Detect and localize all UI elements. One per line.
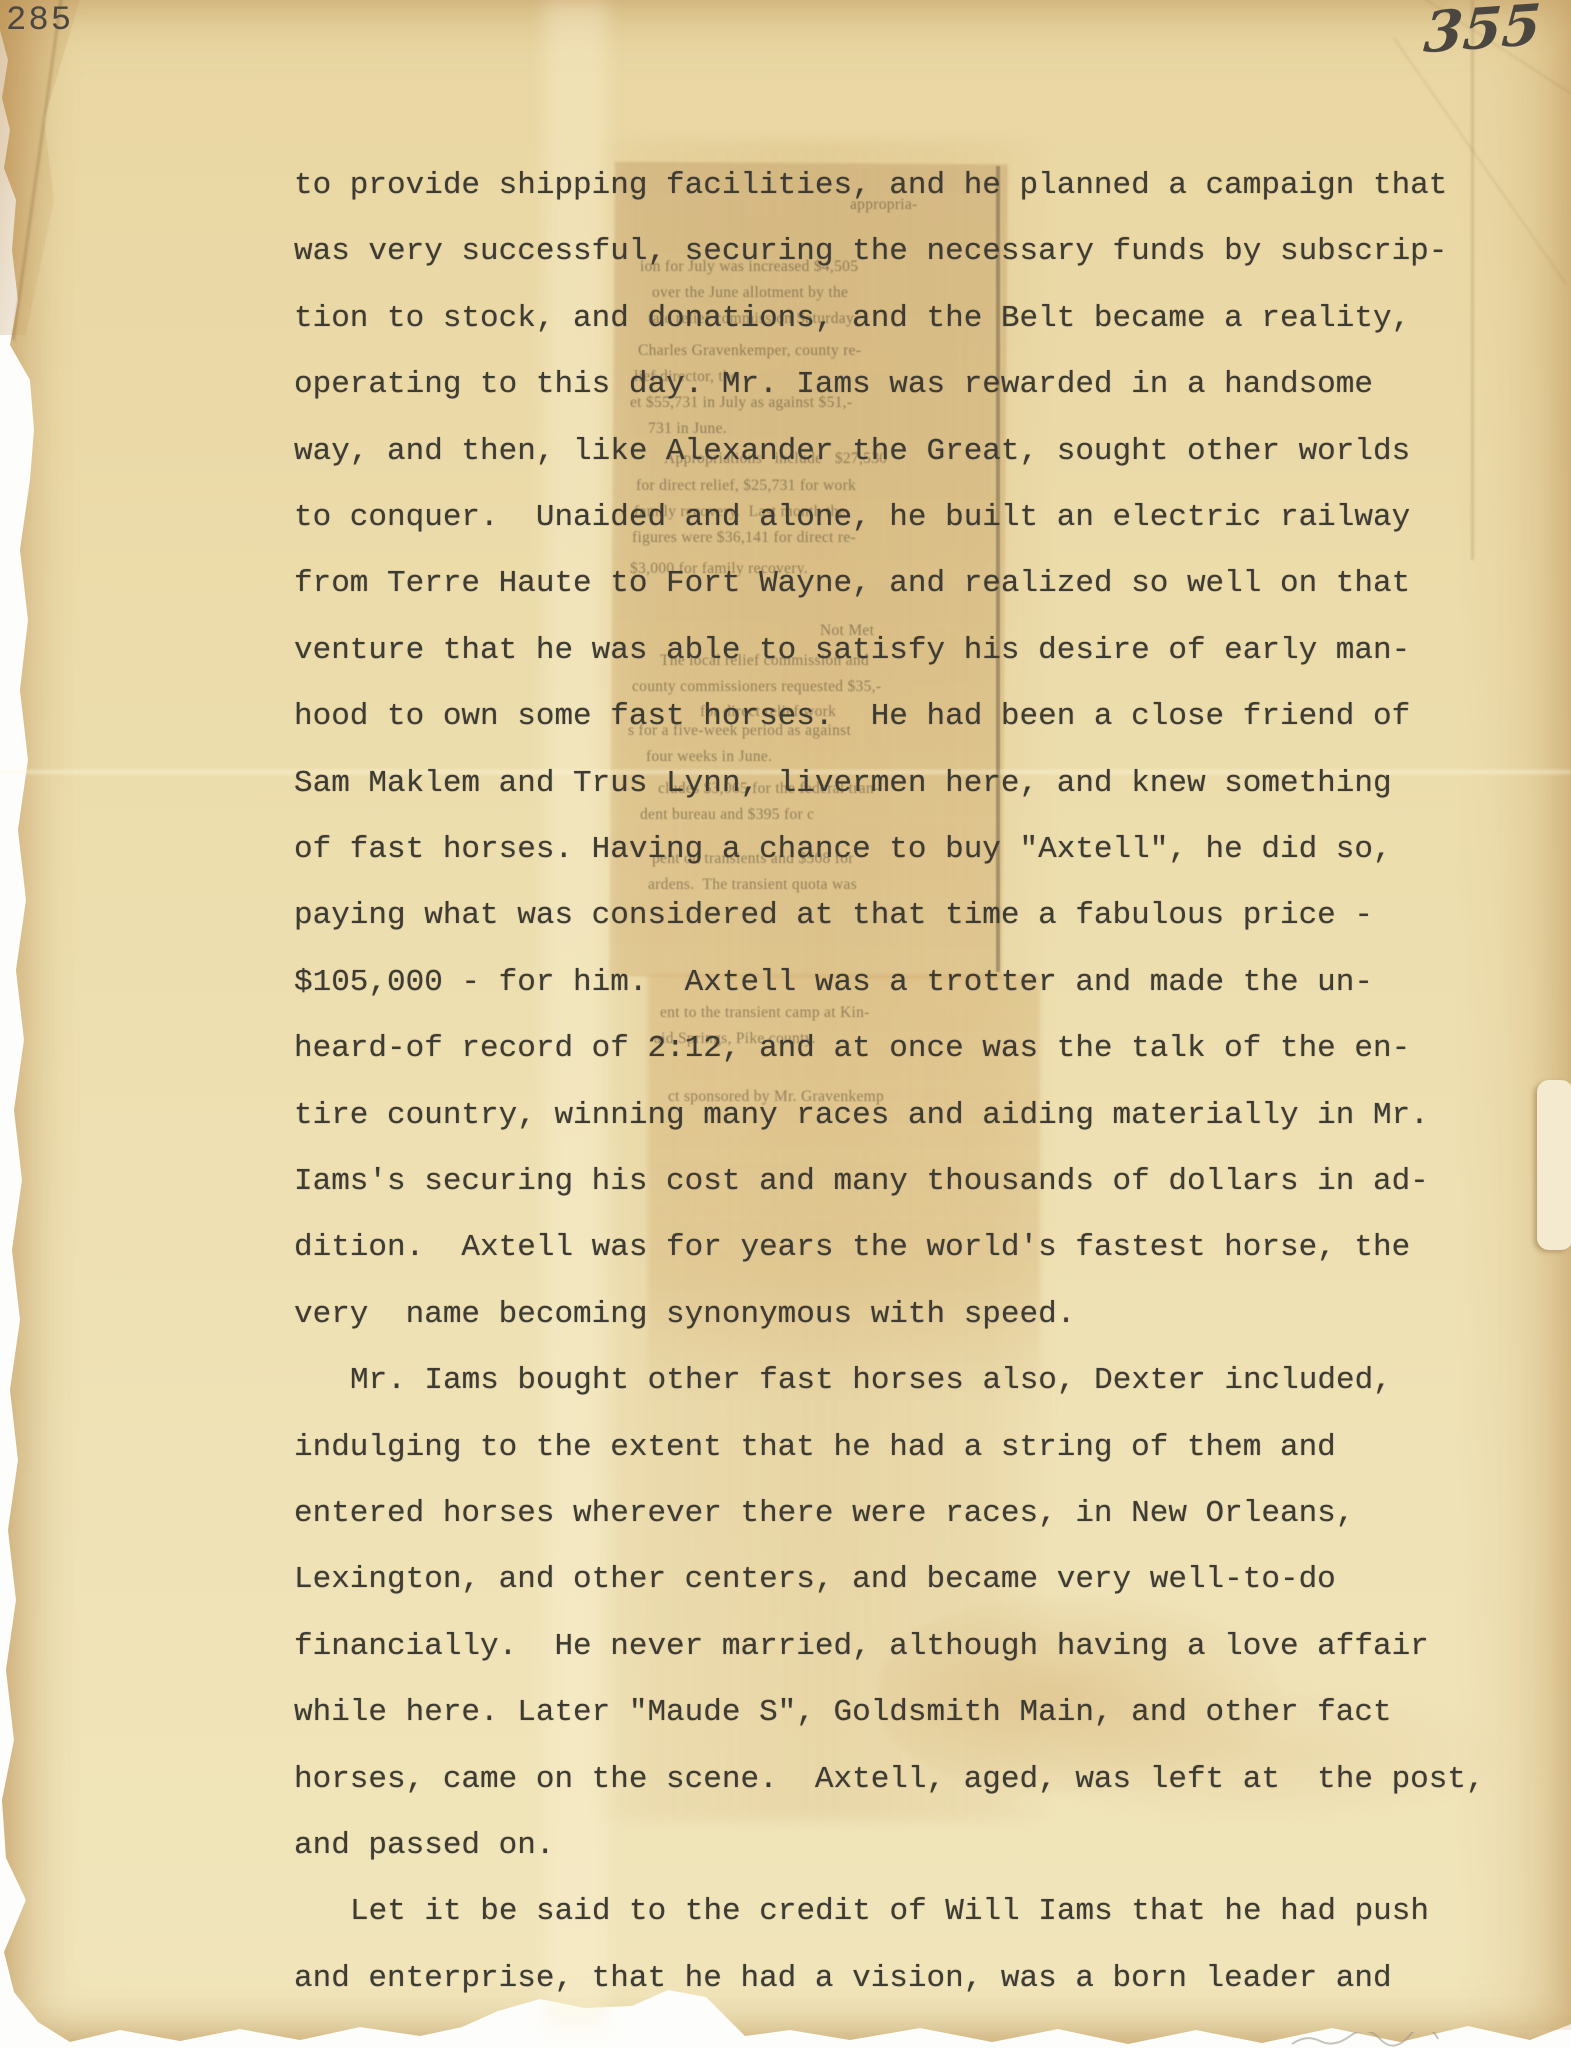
typed-line: hood to own some fast horses. He had bee… [294,701,1410,732]
pencil-squiggle [1290,2032,1450,2048]
typed-line: paying what was considered at that time … [294,900,1373,931]
right-edge-shading [1455,0,1571,2030]
typed-line: tion to stock, and donations, and the Be… [294,303,1410,334]
newsprint-fragment: over the June allotment by the [652,284,848,302]
tear-line [12,0,64,341]
typed-line: horses, came on the scene. Axtell, aged,… [294,1764,1485,1795]
typed-line: and enterprise, that he had a vision, wa… [294,1963,1392,1994]
typed-line: tire country, winning many races and aid… [294,1100,1429,1131]
typed-line: way, and then, like Alexander the Great,… [294,436,1410,467]
typed-line: operating to this day. Mr. Iams was rewa… [294,369,1373,400]
typed-line: very name becoming synonymous with speed… [294,1299,1075,1330]
typed-line: from Terre Haute to Fort Wayne, and real… [294,568,1410,599]
newsprint-fragment: dent bureau and $395 for c [640,806,814,824]
typed-line: Sam Maklem and Trus Lynn, livermen here,… [294,768,1392,799]
typed-line: dition. Axtell was for years the world's… [294,1232,1410,1263]
typed-line: Let it be said to the credit of Will Iam… [350,1896,1429,1927]
newsprint-fragment: county commissioners requested $35,- [632,678,881,696]
typed-line: venture that he was able to satisfy his … [294,635,1410,666]
fold-crease-vertical [1471,0,1474,560]
typed-line: of fast horses. Having a chance to buy "… [294,834,1392,865]
typed-line: indulging to the extent that he had a st… [294,1432,1336,1463]
newsprint-fragment: ent to the transient camp at Kin- [660,1004,870,1022]
typed-line: to provide shipping facilities, and he p… [294,170,1447,201]
typed-line: $105,000 - for him. Axtell was a trotter… [294,967,1373,998]
typed-line: and passed on. [294,1830,554,1861]
newsprint-fragment: Charles Gravenkemper, county re- [638,342,861,360]
typed-line: Iams's securing his cost and many thousa… [294,1166,1429,1197]
newsprint-fragment: for direct relief, $25,731 for work [636,477,856,495]
typed-line: Mr. Iams bought other fast horses also, … [350,1365,1392,1396]
torn-corner-strip [0,0,92,335]
page-scan-root: appropria-ion for July was increased $4,… [0,0,1571,2048]
typed-line: heard-of record of 2:12, and at once was… [294,1033,1410,1064]
newsprint-fragment: four weeks in June. [646,748,772,766]
page-number-handwritten: 355 [1422,0,1543,66]
page-number-typed: 285 [6,2,73,40]
typed-line: while here. Later "Maude S", Goldsmith M… [294,1697,1392,1728]
typed-line: Lexington, and other centers, and became… [294,1564,1336,1595]
typed-line: to conquer. Unaided and alone, he built … [294,502,1410,533]
typed-line: financially. He never married, although … [294,1631,1429,1662]
typed-line: entered horses wherever there were races… [294,1498,1354,1529]
typed-line: was very successful, securing the necess… [294,236,1447,267]
newsprint-fragment: ardens. The transient quota was [648,876,857,894]
torn-right-notch [1537,1080,1571,1250]
